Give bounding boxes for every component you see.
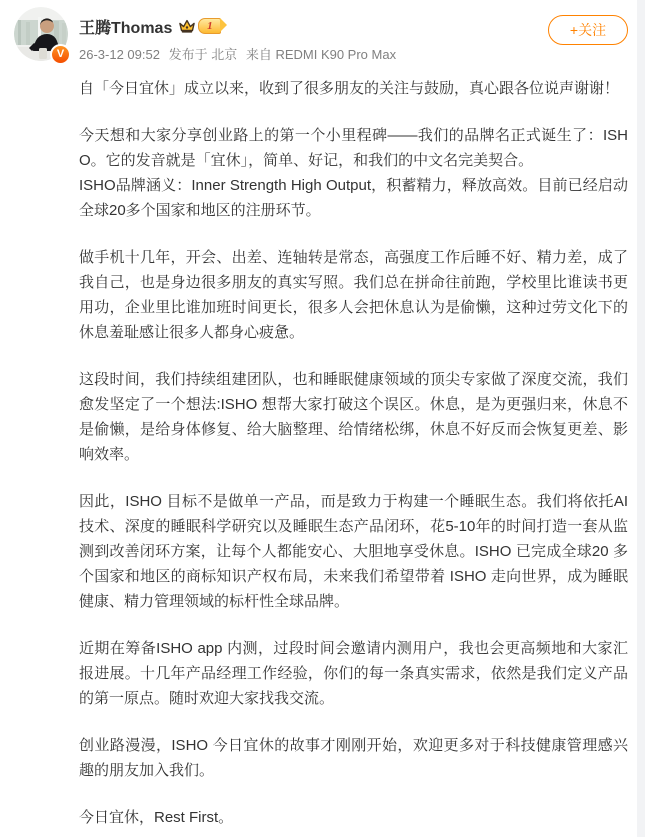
vip-level-number: 1 <box>207 21 213 32</box>
post-paragraph-5: 因此，ISHO 目标不是做单一产品，而是致力于构建一个睡眠生态。我们将依托AI技… <box>79 489 628 614</box>
post-content: 自「今日宜休」成立以来，收到了很多朋友的关注与鼓励，真心跟各位说声谢谢！ 今天想… <box>79 76 628 830</box>
name-row: 王腾Thomas 1 <box>79 15 221 37</box>
verified-v-icon: V <box>50 44 71 65</box>
avatar[interactable]: V <box>14 7 68 61</box>
post-paragraph-8: 今日宜休，Rest First。 <box>79 805 628 830</box>
post-meta: 26-3-12 09:52 发布于 北京 来自 REDMI K90 Pro Ma… <box>79 44 401 63</box>
vip-level-ribbon[interactable]: 1 <box>198 18 221 34</box>
verified-letter: V <box>57 49 64 60</box>
post-paragraph-2: 今天想和大家分享创业路上的第一个小里程碑——我们的品牌名正式诞生了：ISHO。它… <box>79 123 628 223</box>
post-paragraph-4: 这段时间，我们持续组建团队，也和睡眠健康领域的顶尖专家做了深度交流，我们愈发坚定… <box>79 367 628 467</box>
post-paragraph-3: 做手机十几年，开会、出差、连轴转是常态，高强度工作后睡不好、精力差，成了我自己，… <box>79 245 628 345</box>
follow-button[interactable]: +关注 <box>548 15 628 45</box>
post-time: 26-3-12 09:52 <box>79 47 160 62</box>
weibo-post-card: V 王腾Thomas 1 26-3-12 09:52 发布于 北京 来自 RED… <box>0 0 645 837</box>
post-source[interactable]: 来自 REDMI K90 Pro Max <box>246 47 396 62</box>
username[interactable]: 王腾Thomas <box>79 15 172 38</box>
post-paragraph-7: 创业路漫漫，ISHO 今日宜休的故事才刚刚开始，欢迎更多对于科技健康管理感兴趣的… <box>79 733 628 783</box>
crown-icon[interactable] <box>178 19 196 34</box>
post-location: 发布于 北京 <box>169 47 238 62</box>
post-paragraph-6: 近期在筹备ISHO app 内测，过段时间会邀请内测用户，我也会更高频地和大家汇… <box>79 636 628 711</box>
post-paragraph-1: 自「今日宜休」成立以来，收到了很多朋友的关注与鼓励，真心跟各位说声谢谢！ <box>79 76 628 101</box>
page-edge-gutter <box>637 0 645 837</box>
